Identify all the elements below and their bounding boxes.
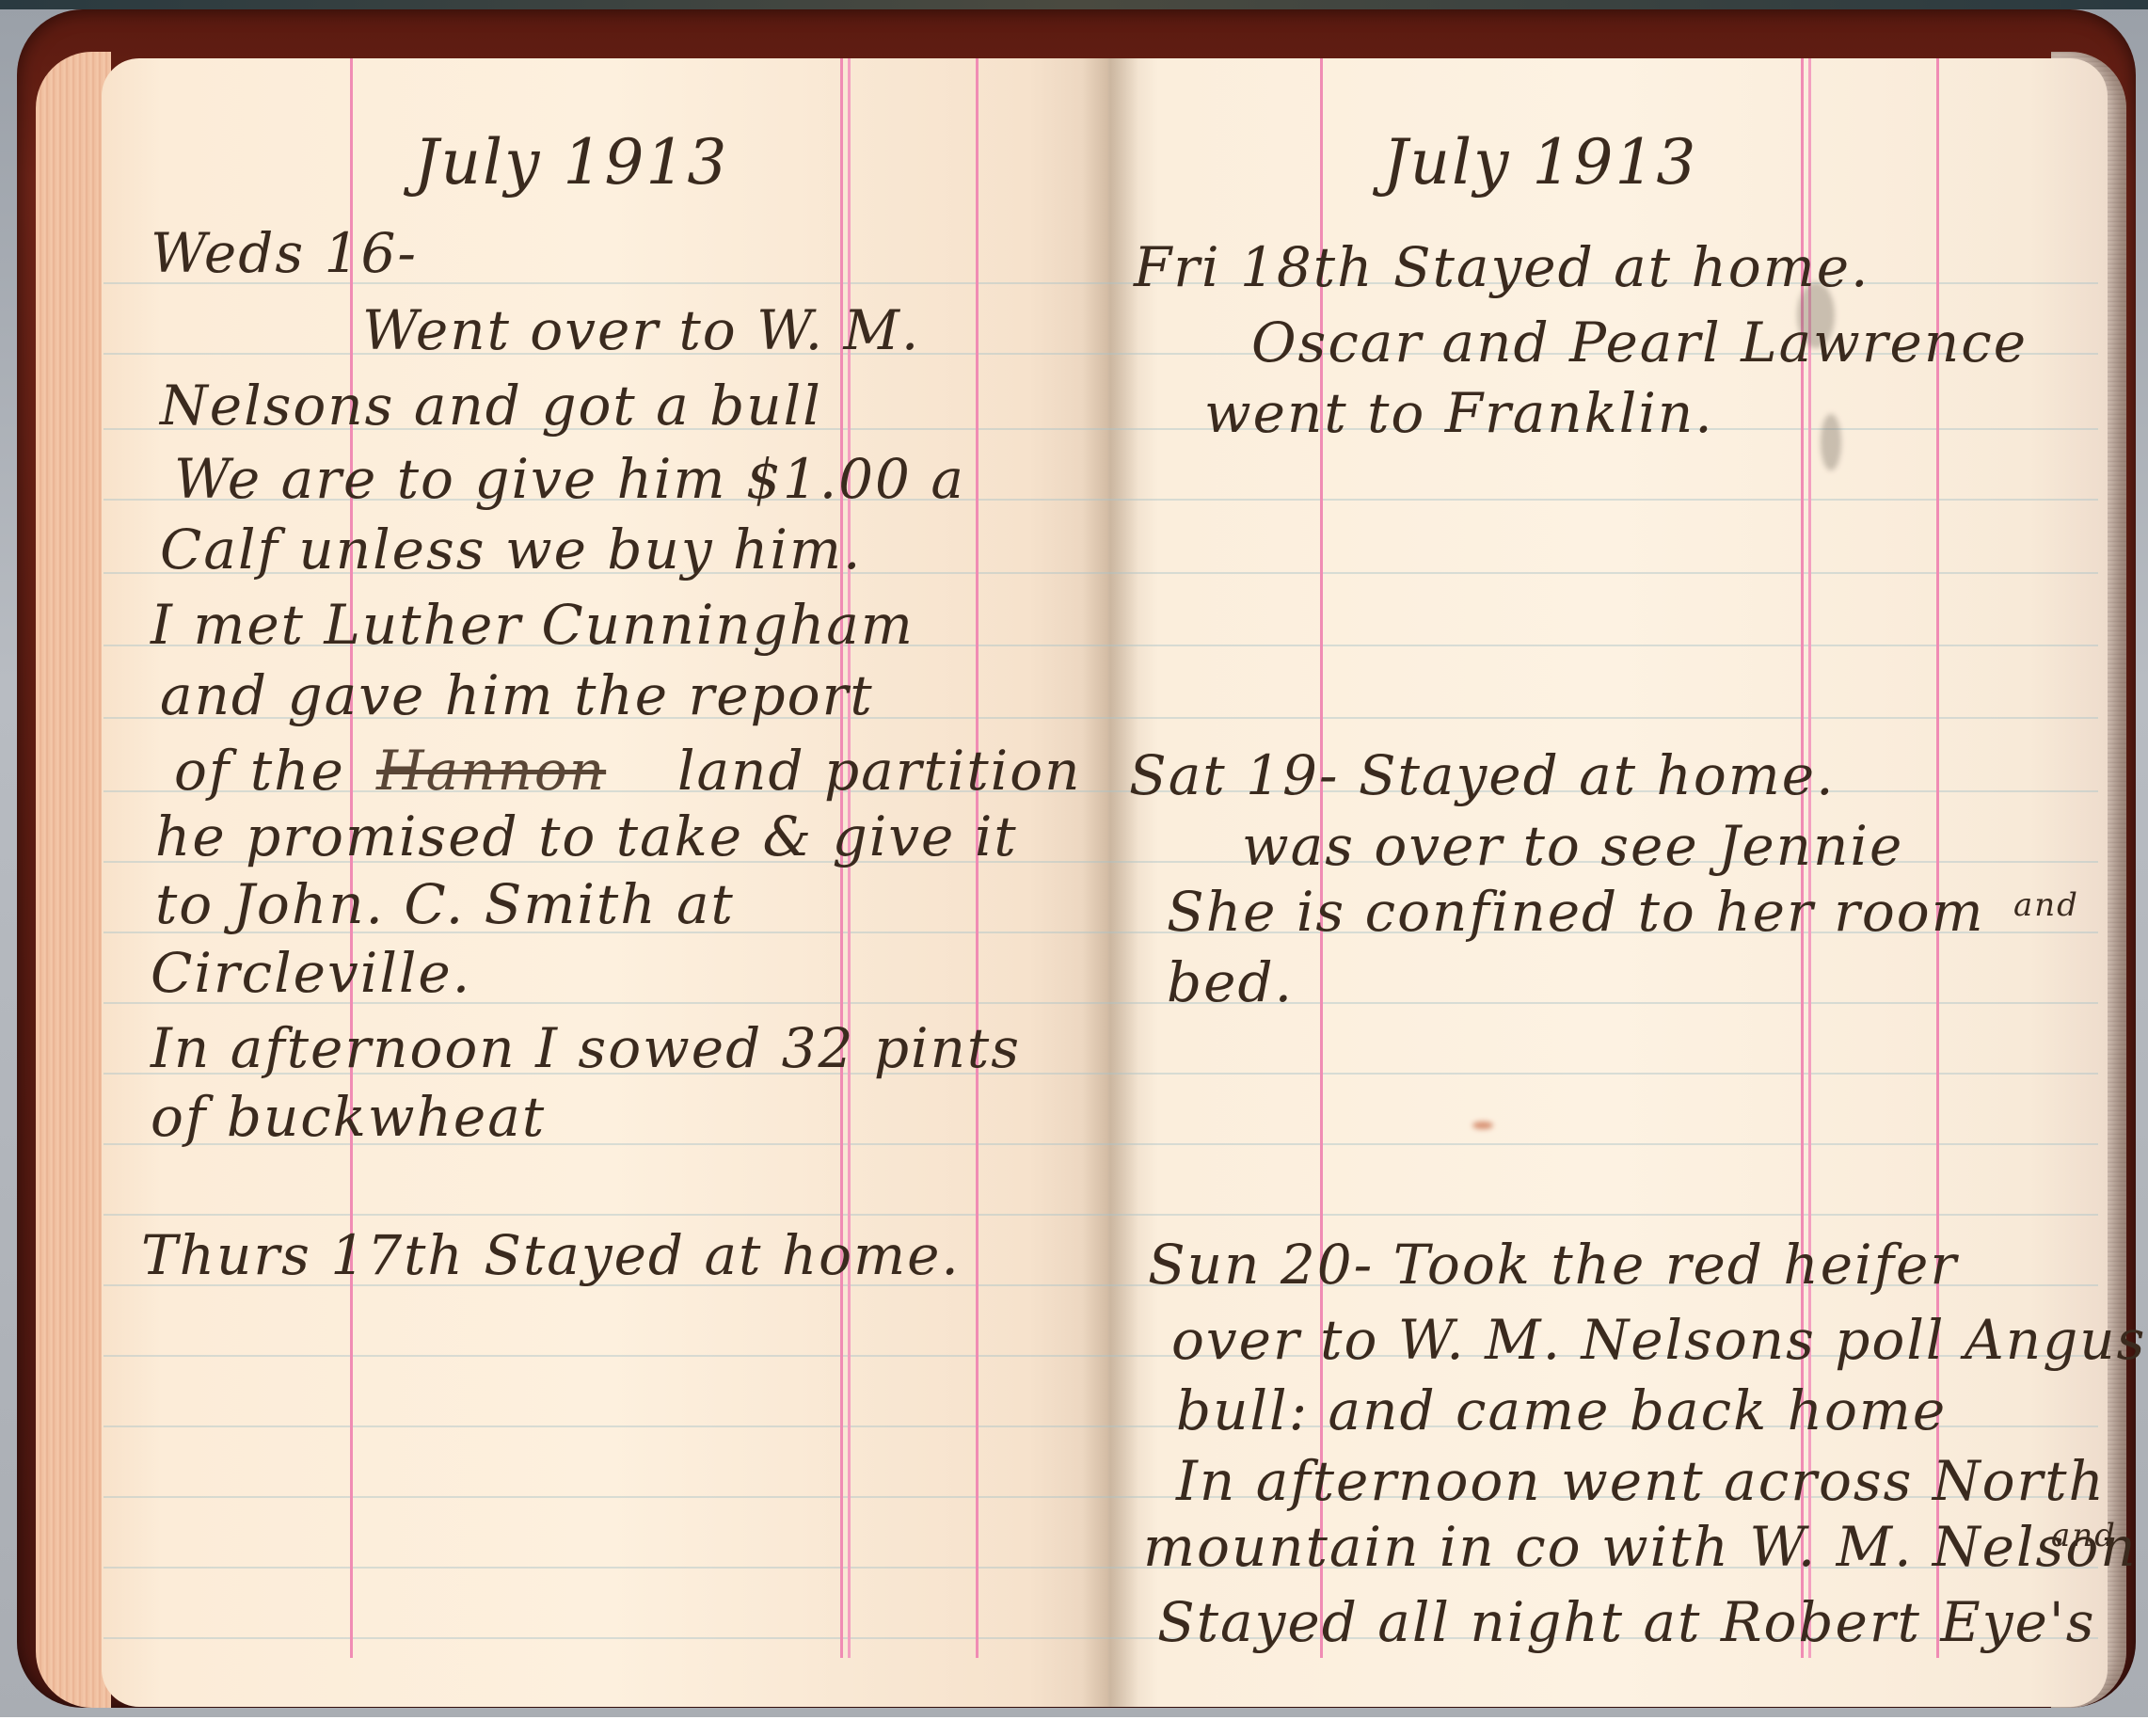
entry-line: Stayed all night at Robert Eye's: [1157, 1595, 2096, 1649]
entry-line: Oscar and Pearl Lawrence: [1251, 315, 2028, 370]
entry-line: to John. C. Smith at: [155, 877, 735, 932]
entry-line: I met Luther Cunningham: [151, 597, 915, 652]
entry-line: bed.: [1167, 955, 1294, 1010]
entry-line: went to Franklin.: [1204, 386, 1714, 440]
entry-line: Went over to W. M.: [362, 303, 920, 358]
entry-line: Circleville.: [151, 946, 471, 1000]
entry-line: She is confined to her room: [1167, 884, 1985, 939]
ink-stain: [1821, 414, 1841, 470]
entry-line: mountain in co with W. M. Nelson: [1143, 1520, 2138, 1574]
entry-line: Calf unless we buy him.: [160, 522, 862, 577]
entry-line: over to W. M. Nelsons poll Angus: [1171, 1313, 2146, 1367]
page-edges-left: [36, 52, 111, 1708]
right-page-header: July 1913: [1383, 132, 1697, 194]
scanner-top-edge: [0, 0, 2148, 9]
entry-line: he promised to take & give it: [155, 809, 1018, 864]
entry-line: of the: [174, 743, 345, 798]
entry-line-superscript: and: [2013, 889, 2079, 921]
entry-date-weds-16: Weds 16-: [151, 226, 418, 280]
entry-line: land partition: [677, 743, 1081, 798]
entry-line: In afternoon I sowed 32 pints: [151, 1021, 1021, 1075]
entry-line: and gave him the report: [160, 668, 874, 723]
entry-date-sun-20: Sun 20- Took the red heifer: [1148, 1237, 1958, 1292]
entry-line: of buckwheat: [151, 1090, 546, 1144]
entry-line: We are to give him $1.00 a: [174, 452, 965, 506]
book-gutter: [1082, 58, 1138, 1707]
entry-date-thurs-17: Thurs 17th Stayed at home.: [141, 1228, 961, 1282]
entry-date-fri-18: Fri 18th Stayed at home.: [1134, 240, 1870, 295]
entry-line: was over to see Jennie: [1242, 819, 1903, 873]
entry-line: bull: and came back home: [1176, 1383, 1947, 1438]
entry-line: Nelsons and got a bull: [160, 378, 822, 433]
ink-stain: [1472, 1122, 1493, 1129]
left-page-header: July 1913: [414, 132, 728, 194]
entry-line: In afternoon went across North: [1176, 1454, 2106, 1508]
entry-date-sat-19: Sat 19- Stayed at home.: [1129, 748, 1836, 803]
struck-out-word: Hannon: [376, 743, 606, 798]
entry-line-superscript: and: [2051, 1520, 2117, 1552]
